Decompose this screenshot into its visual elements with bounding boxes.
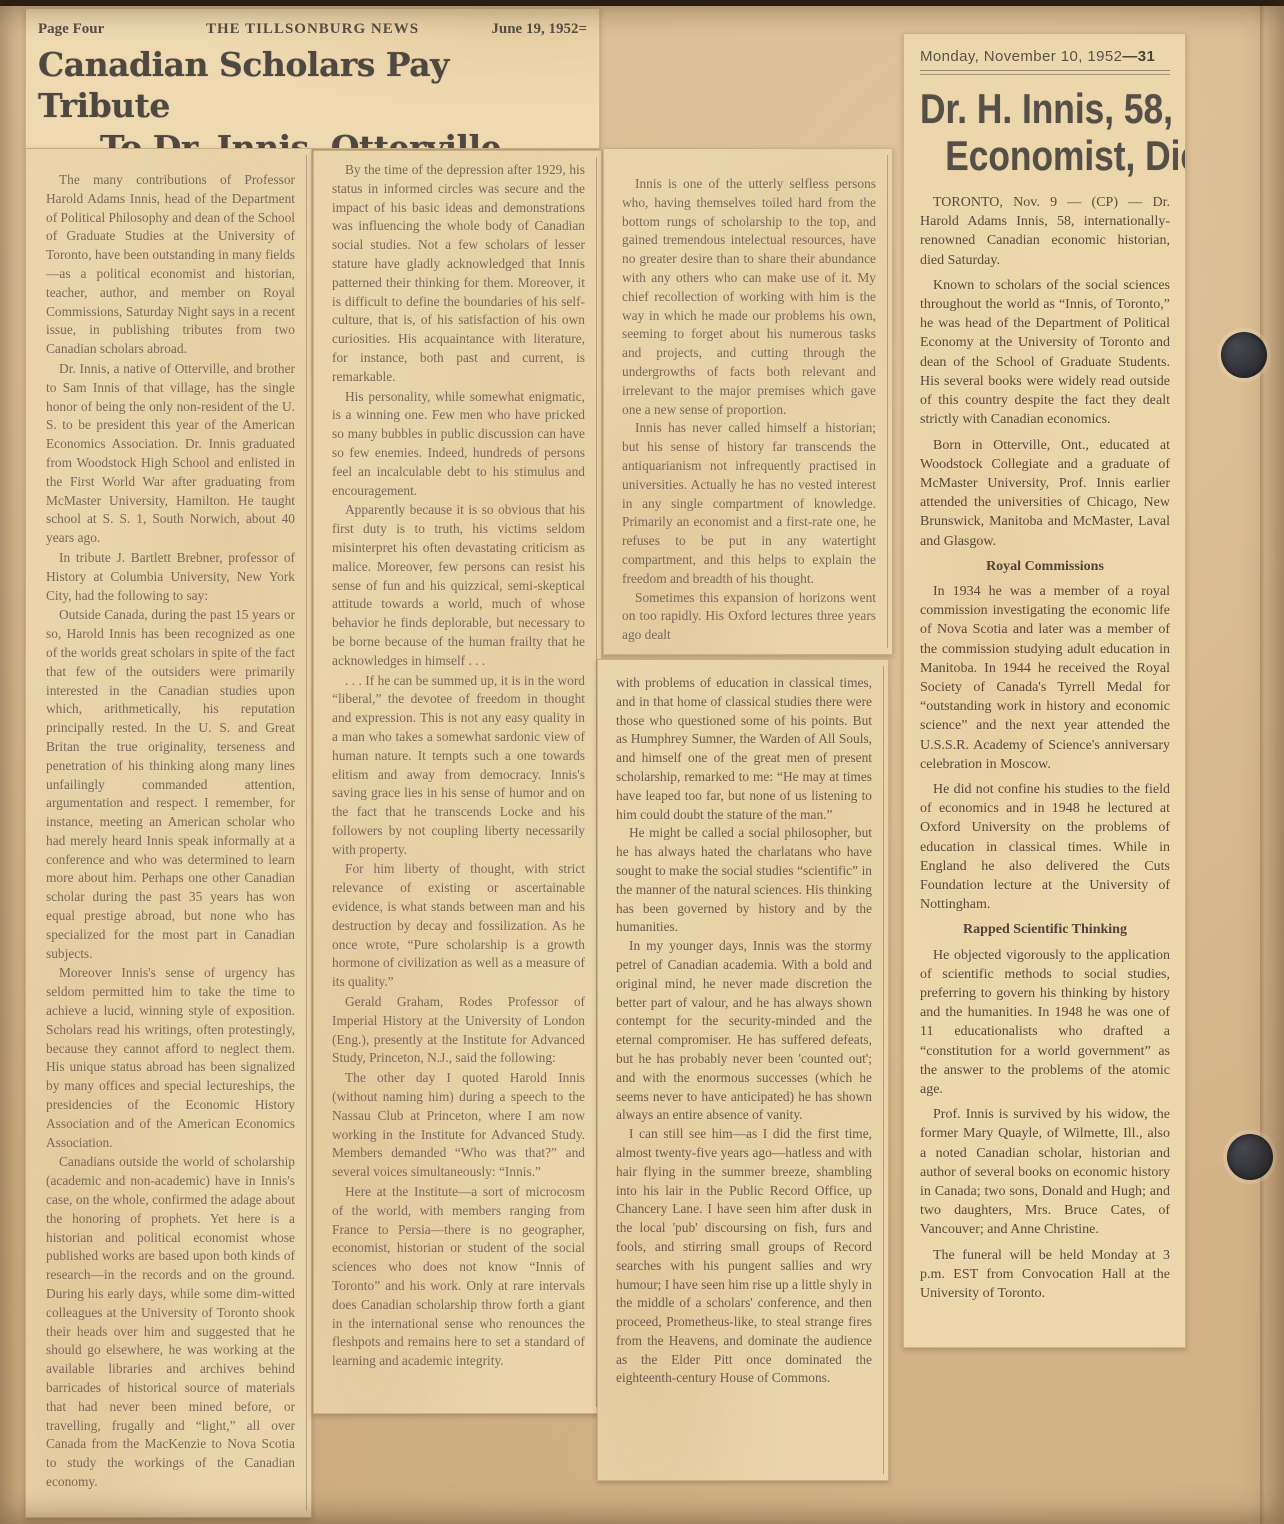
binder-punch-hole-bottom [1227, 1134, 1273, 1180]
article-paragraph: Innis has never called himself a histori… [622, 419, 876, 588]
article-paragraph: He might be called a social philosopher,… [616, 824, 872, 937]
article-paragraph: Gerald Graham, Rodes Professor of Imperi… [332, 993, 585, 1068]
binder-punch-hole-top [1221, 332, 1267, 378]
obituary-headline-line-1: Dr. H. Innis, 58, [920, 85, 1173, 132]
obituary-date: Monday, November 10, 1952 [920, 48, 1122, 65]
article-paragraph: Moreover Innis's sense of urgency has se… [46, 964, 295, 1152]
obituary-body: TORONTO, Nov. 9 — (CP) — Dr. Harold Adam… [920, 193, 1170, 1303]
newspaper-name: THE TILLSONBURG NEWS [188, 21, 437, 38]
clipping-column-1: The many contributions of Professor Haro… [25, 148, 312, 1518]
clipping-masthead: Page Four THE TILLSONBURG NEWS June 19, … [25, 8, 600, 149]
obituary-paragraph: Known to scholars of the social sciences… [920, 276, 1170, 430]
article-paragraph: Here at the Institute—a sort of microcos… [332, 1183, 585, 1371]
article-paragraph: Innis is one of the utterly selfless per… [622, 175, 876, 419]
obituary-paragraph: He did not confine his studies to the fi… [920, 780, 1170, 914]
obituary-headline-line-2: Economist, Dies [945, 132, 1130, 179]
obituary-page-number: —31 [1122, 48, 1155, 65]
obituary-paragraph: TORONTO, Nov. 9 — (CP) — Dr. Harold Adam… [920, 193, 1170, 270]
headline-line-1: Canadian Scholars Pay Tribute [38, 44, 587, 127]
clipping-column-2: By the time of the depression after 1929… [313, 150, 602, 1414]
double-rule-divider [920, 70, 1170, 75]
article-paragraph: In tribute J. Bartlett Brebner, professo… [46, 549, 295, 605]
article-paragraph: . . . If he can be summed up, it is in t… [332, 672, 585, 860]
obituary-paragraph: He objected vigorously to the applicatio… [920, 946, 1170, 1100]
scrapbook-page: Page Four THE TILLSONBURG NEWS June 19, … [0, 0, 1284, 1524]
obituary-subhead-rapped-scientific-thinking: Rapped Scientific Thinking [920, 920, 1170, 939]
page-number-label: Page Four [38, 21, 188, 38]
article-paragraph: The many contributions of Professor Haro… [46, 171, 295, 359]
clipping-column-3-upper: Innis is one of the utterly selfless per… [603, 148, 893, 655]
article-paragraph: Sometimes this expansion of horizons wen… [622, 589, 876, 645]
article-paragraph: The other day I quoted Harold Innis (wit… [332, 1069, 585, 1182]
article-paragraph: with problems of education in classical … [616, 674, 872, 824]
obituary-dateline: Monday, November 10, 1952—31 [920, 48, 1170, 65]
article-paragraph: His personality, while somewhat enigmati… [332, 388, 585, 501]
newspaper-masthead: Page Four THE TILLSONBURG NEWS June 19, … [38, 21, 587, 38]
clipping-column-3-lower: with problems of education in classical … [597, 659, 889, 1481]
scan-top-edge [0, 0, 1284, 6]
article-paragraph: In my younger days, Innis was the stormy… [616, 937, 872, 1125]
obituary-paragraph: Born in Otterville, Ont., educated at Wo… [920, 436, 1170, 551]
obituary-paragraph: The funeral will be held Monday at 3 p.m… [920, 1246, 1170, 1304]
obituary-subhead-royal-commissions: Royal Commissions [920, 557, 1170, 576]
article-paragraph: By the time of the depression after 1929… [332, 161, 585, 387]
article-paragraph: I can still see him—as I did the first t… [616, 1125, 872, 1388]
article-paragraph: Canadians outside the world of scholarsh… [46, 1153, 295, 1491]
obituary-paragraph: Prof. Innis is survived by his widow, th… [920, 1105, 1170, 1239]
obituary-headline: Dr. H. Innis, 58, Economist, Dies [920, 85, 1130, 179]
page-crease [1260, 6, 1265, 1524]
article-paragraph: Dr. Innis, a native of Otterville, and b… [46, 360, 295, 548]
clipping-obituary: Monday, November 10, 1952—31 Dr. H. Inni… [903, 33, 1186, 1348]
article-paragraph: For him liberty of thought, with strict … [332, 860, 585, 992]
headline-line-2: To Dr. Innis, Otterville Native [100, 127, 587, 150]
article-paragraph: Outside Canada, during the past 15 years… [46, 606, 295, 963]
article-paragraph: Apparently because it is so obvious that… [332, 501, 585, 670]
obituary-paragraph: In 1934 he was a member of a royal commi… [920, 582, 1170, 774]
article-headline: Canadian Scholars Pay Tribute To Dr. Inn… [38, 44, 587, 149]
issue-date: June 19, 1952= [437, 21, 587, 38]
